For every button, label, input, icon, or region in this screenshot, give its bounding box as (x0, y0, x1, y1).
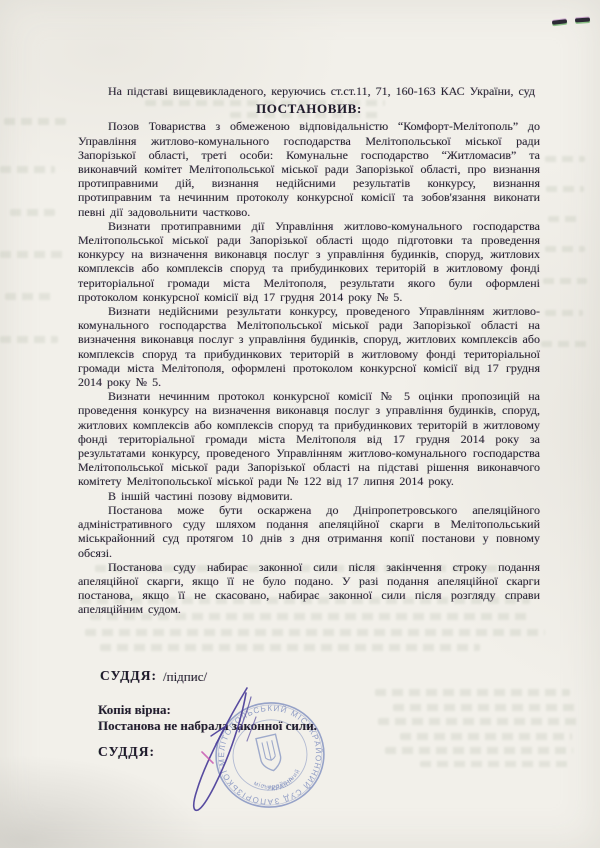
ruling-paragraph: Постанова суду набирає законної сили піс… (78, 560, 540, 617)
intro-line: На підставі вищевикладеного, керуючись с… (78, 84, 540, 98)
bleedthrough-text-ghost (375, 689, 570, 696)
bleedthrough-text-ghost (400, 733, 572, 740)
bleedthrough-text-ghost (545, 246, 585, 252)
bleedthrough-text-ghost (378, 718, 578, 725)
ruling-paragraph: Визнати протиправними дії Управління жит… (78, 219, 540, 304)
ruling-paragraph: Визнати нечинним протокол конкурсної ком… (78, 389, 540, 488)
bleedthrough-text-ghost (393, 704, 578, 711)
judge-signature (140, 655, 310, 825)
ruling-paragraph: Визнати недійсними результати конкурсу, … (78, 304, 540, 389)
ruling-paragraph: Постанова може бути оскаржена до Дніпроп… (78, 503, 540, 560)
bleedthrough-text-ghost (10, 209, 55, 216)
ruling-paragraph: В іншій частині позову відмовити. (78, 489, 540, 503)
bleedthrough-text-ghost (4, 118, 66, 125)
ruling-heading: ПОСТАНОВИВ: (78, 102, 540, 116)
scanned-court-document-page: На підставі вищевикладеного, керуючись с… (0, 0, 600, 848)
bleedthrough-text-ghost (548, 216, 582, 222)
bleedthrough-text-ghost (0, 166, 55, 173)
ruling-paragraph: Позов Товариства з обмеженою відповідаль… (78, 119, 540, 218)
bleedthrough-text-ghost (545, 310, 583, 316)
document-body: На підставі вищевикладеного, керуючись с… (78, 84, 540, 617)
bleedthrough-text-ghost (420, 761, 568, 767)
bleedthrough-text-ghost (0, 336, 58, 343)
signature-strokes (140, 655, 310, 825)
bleedthrough-text-ghost (385, 747, 573, 754)
bleedthrough-text-ghost (541, 341, 589, 347)
bleedthrough-text-ghost (543, 278, 587, 284)
bleedthrough-text-ghost (545, 156, 585, 162)
bleedthrough-text-ghost (85, 629, 545, 636)
bleedthrough-text-ghost (0, 251, 64, 258)
pen-dash-mark (552, 19, 567, 24)
bleedthrough-text-ghost (5, 293, 55, 300)
bleedthrough-text-ghost (546, 186, 584, 192)
bleedthrough-text-ghost (100, 644, 480, 651)
pen-dash-mark (575, 17, 590, 22)
